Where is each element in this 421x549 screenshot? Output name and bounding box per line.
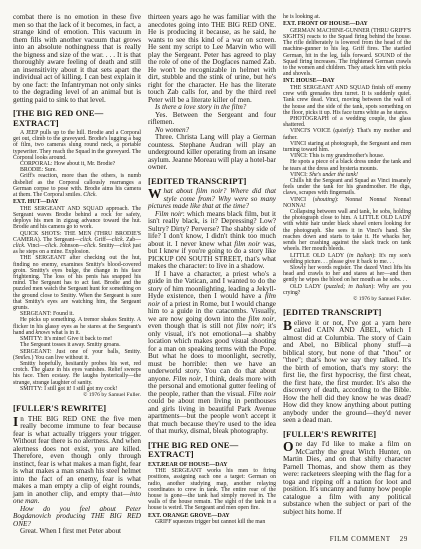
page-number: 29	[400, 536, 408, 543]
dialog-line: LITTLE OLD LADY (in Italian): It's my so…	[283, 253, 411, 265]
screenplay-paragraph: He picks up something. A tremor shakes S…	[13, 317, 141, 336]
screenplay-paragraph: THE SERGEANT AND SQUAD finish off enemy …	[283, 85, 411, 116]
paragraph: Great. When I first met Peter about	[13, 528, 141, 536]
screenplay-paragraph: THE SERGEANT works his men to firing pos…	[148, 468, 276, 511]
screenplay-paragraph: He spots a piece of a black dress under …	[283, 159, 411, 171]
paragraph: thirteen years ago he was familiar with …	[148, 14, 276, 104]
paragraph: combat there is no emotion in these five…	[13, 14, 141, 104]
scene-heading: EXT. FRONT OF HOUSE—DAY	[283, 21, 411, 28]
drop-cap: W	[148, 188, 164, 200]
screenplay-paragraph: QUICK SHOTS: THE MEN (THRU BRODIE'S CAME…	[13, 231, 141, 256]
drop-cap: O	[283, 441, 296, 453]
scene-heading: EXT. ORANGE GROVE—DAY	[148, 513, 276, 520]
screenplay-paragraph: A JEEP pulls up to the hill. Brodie and …	[13, 130, 141, 161]
column-1: combat there is no emotion in these five…	[13, 14, 141, 536]
section-heading: [THE BIG RED ONE— EXTRACT]	[148, 441, 276, 460]
screenplay-paragraph: Smitty hopefully, hesitantly probes his …	[13, 361, 141, 386]
screenplay-paragraph: Slowly her words register. The dazed Vin…	[283, 265, 411, 284]
paragraph: If I have a character, a priest who's a …	[148, 271, 276, 436]
magazine-page: combat there is no emotion in these five…	[0, 0, 421, 549]
screenplay-paragraph: THE SERGEANT AND SQUAD approach. The Ser…	[13, 206, 141, 231]
screenplay-paragraph: Griff's reaction, more than the others, …	[13, 173, 141, 198]
column-3: he is looking at.EXT. FRONT OF HOUSE—DAY…	[283, 14, 411, 536]
screenplay-paragraph: Chills hit the Sergeant and Squad as Vin…	[283, 178, 411, 197]
screenplay-paragraph: VINCI staring at photograph, the Sergean…	[283, 141, 411, 153]
paragraph: Film noir: which means black film, but i…	[148, 211, 276, 271]
screenplay-paragraph: he is looking at.	[283, 14, 411, 20]
column-2: thirteen years ago he was familiar with …	[148, 14, 276, 536]
dialog-line: VINCI'S VOICE (quietly): That's my mothe…	[283, 128, 411, 140]
magazine-name: FILM COMMENT	[330, 536, 391, 543]
text-columns: combat there is no emotion in these five…	[13, 14, 411, 536]
section-heading: [FULLER'S REWRITE]	[283, 430, 411, 440]
paragraph: Three. Christa Lang will play a German c…	[148, 134, 276, 172]
screenplay-paragraph: THE SERGEANT after checking out the hut,…	[13, 255, 141, 311]
screenplay-paragraph: PHOTOGRAPH of a wedding couple, the glas…	[283, 116, 411, 128]
drop-cap: I	[13, 416, 20, 428]
page-footer: FILM COMMENT 29	[330, 536, 408, 543]
section-heading: [FULLER'S REWRITE]	[13, 404, 141, 414]
interview-question: What about film noir? Where did that sty…	[148, 188, 276, 211]
section-heading: [EDITED TRANSCRIPT]	[283, 308, 411, 318]
section-heading: [EDITED TRANSCRIPT]	[148, 177, 276, 187]
dialog-line: SERGEANT: Just one of your balls, Smitty…	[13, 349, 141, 361]
copyright-line: © 1976 by Samuel Fuller.	[283, 296, 411, 304]
copyright-line: © 1976 by Samuel Fuller.	[13, 392, 141, 400]
drop-cap: B	[283, 320, 294, 332]
section-heading: [THE BIG RED ONE—EXTRACT]	[13, 109, 141, 128]
paragraph: In THE BIG RED ONE the five men really b…	[13, 416, 141, 506]
paragraph: One day I'd like to make a film on McCar…	[283, 441, 411, 516]
screenplay-paragraph: GRIFF squeezes trigger but cannot kill t…	[148, 519, 276, 525]
interview-question: How do you feel about Peter Bogdanovich …	[13, 506, 141, 529]
paragraph: Yes. Between the Sergeant and four rifle…	[148, 112, 276, 127]
screenplay-paragraph: Collapsing between wall and tank, he sob…	[283, 209, 411, 252]
screenplay-paragraph: GERMAN MACHINE-GUNNER (THRU GRIFF'S SIGH…	[283, 28, 411, 78]
dialog-line: OLD LADY (puzzled; in Italian): Why are …	[283, 284, 411, 296]
scene-heading: EXT. HUT—DAY	[13, 199, 141, 206]
paragraph: Believe it or not, I've got a yarn here …	[283, 320, 411, 425]
dialog-line: VINCI (shouting): Nonna! Nonna! Nonna! N…	[283, 197, 411, 209]
